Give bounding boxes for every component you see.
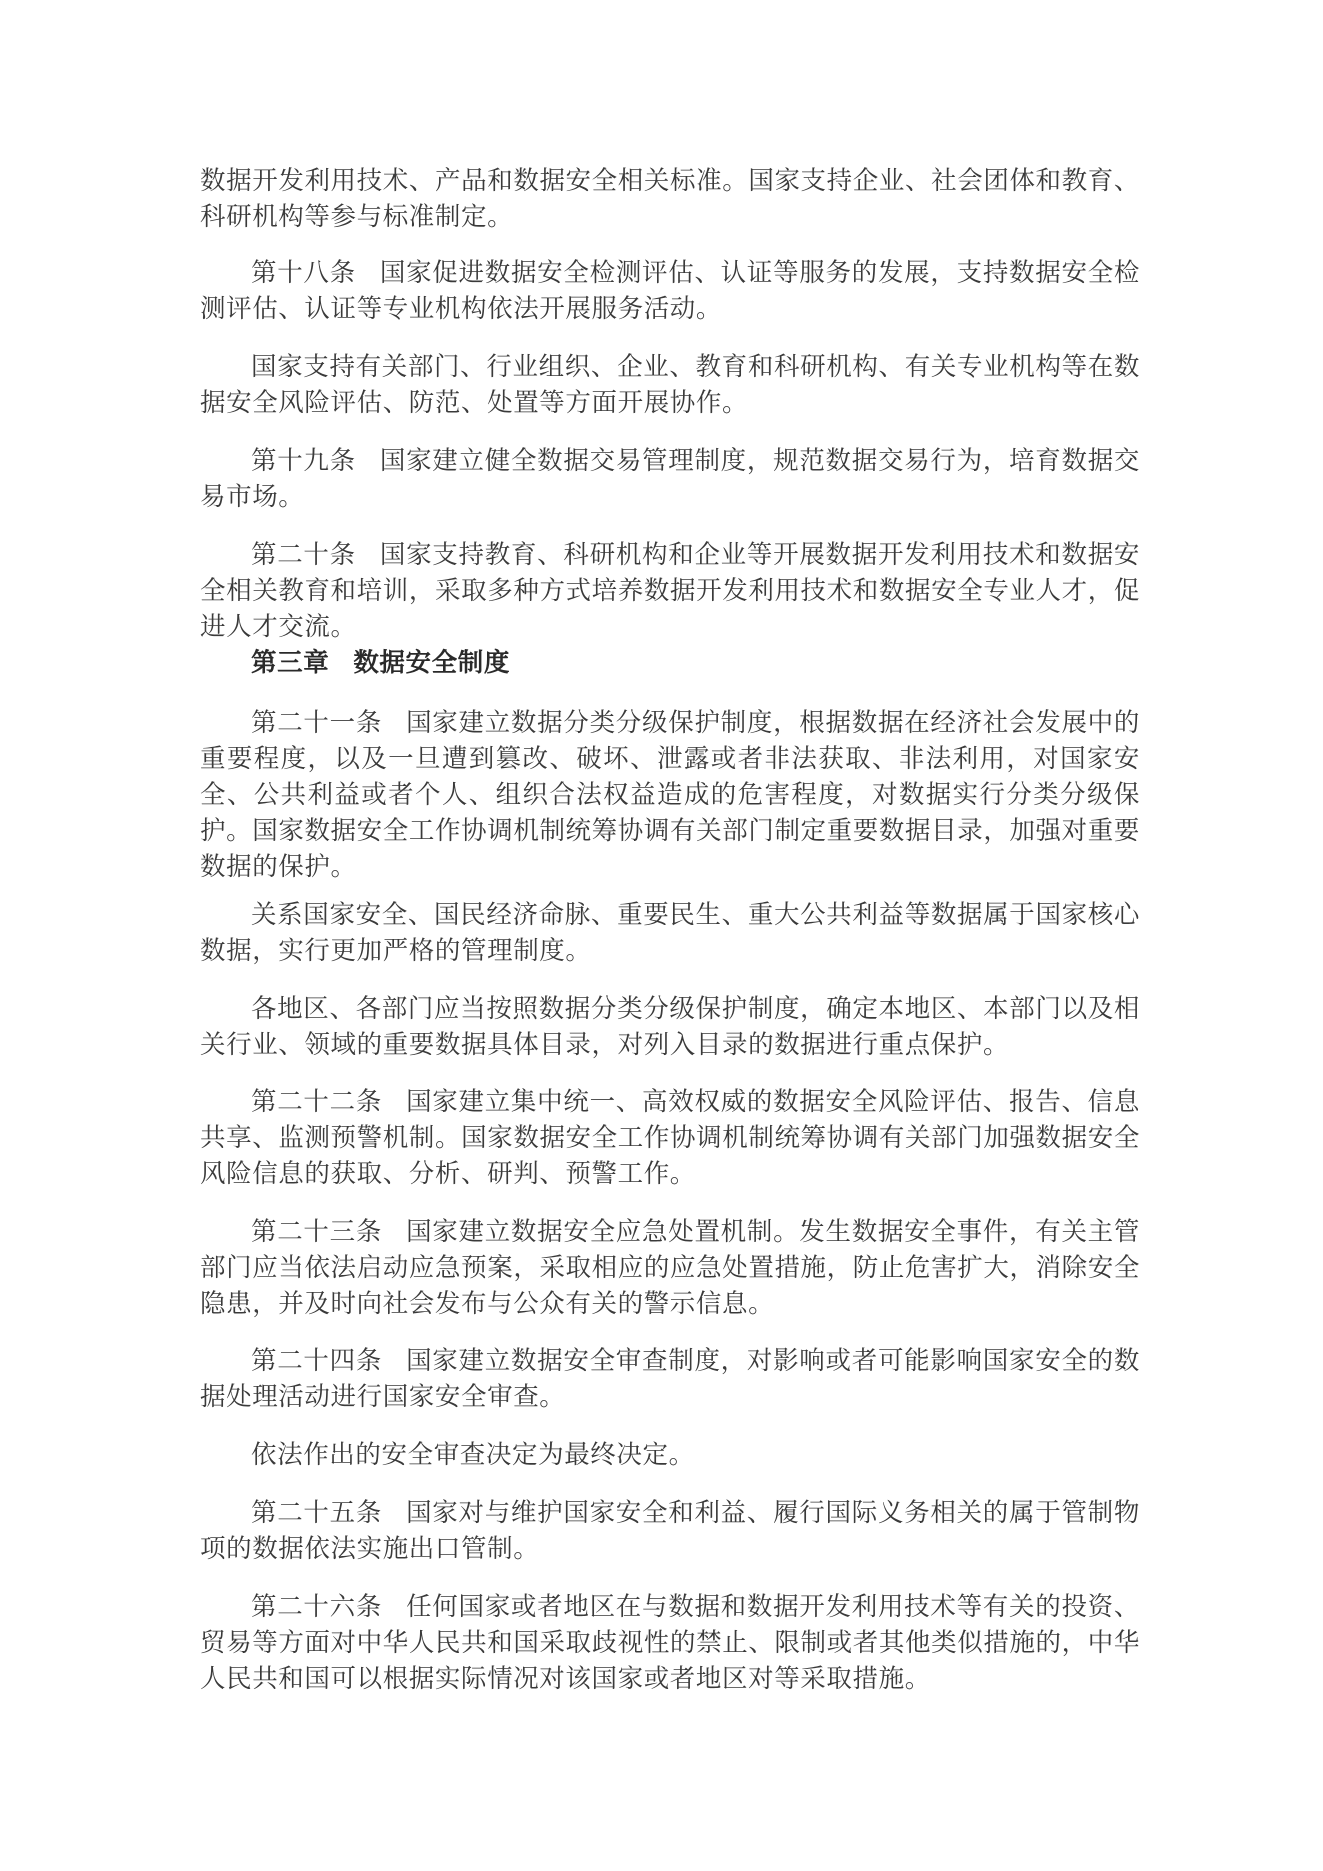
article-number: 第二十三条 [251, 1217, 382, 1247]
article-number: 第十九条 [251, 446, 356, 476]
article-number: 第二十二条 [251, 1087, 382, 1117]
chapter-title: 数据安全制度 [353, 648, 510, 678]
article-number: 第二十条 [251, 540, 356, 570]
article-20: 第二十条国家支持教育、科研机构和企业等开展数据开发利用技术和数据安全相关教育和培… [200, 537, 1140, 645]
article-19: 第十九条国家建立健全数据交易管理制度，规范数据交易行为，培育数据交易市场。 [200, 443, 1140, 515]
article-number: 第二十一条 [251, 708, 382, 738]
paragraph-text: 关系国家安全、国民经济命脉、重要民生、重大公共利益等数据属于国家核心数据，实行更… [200, 900, 1140, 966]
article-25: 第二十五条国家对与维护国家安全和利益、履行国际义务相关的属于管制物项的数据依法实… [200, 1495, 1140, 1567]
paragraph-text: 数据开发利用技术、产品和数据安全相关标准。国家支持企业、社会团体和教育、科研机构… [200, 166, 1140, 232]
paragraph-text: 各地区、各部门应当按照数据分类分级保护制度，确定本地区、本部门以及相关行业、领域… [200, 994, 1140, 1060]
article-number: 第十八条 [251, 258, 356, 288]
article-21-paragraph-2: 关系国家安全、国民经济命脉、重要民生、重大公共利益等数据属于国家核心数据，实行更… [200, 897, 1140, 969]
article-18-paragraph-2: 国家支持有关部门、行业组织、企业、教育和科研机构、有关专业机构等在数据安全风险评… [200, 349, 1140, 421]
chapter-heading: 第三章数据安全制度 [251, 645, 510, 681]
article-24-paragraph-2: 依法作出的安全审查决定为最终决定。 [200, 1437, 1140, 1473]
paragraph-text: 依法作出的安全审查决定为最终决定。 [251, 1440, 695, 1470]
article-23: 第二十三条国家建立数据安全应急处置机制。发生数据安全事件，有关主管部门应当依法启… [200, 1214, 1140, 1322]
article-26: 第二十六条任何国家或者地区在与数据和数据开发利用技术等有关的投资、贸易等方面对中… [200, 1589, 1140, 1697]
article-18: 第十八条国家促进数据安全检测评估、认证等服务的发展，支持数据安全检测评估、认证等… [200, 255, 1140, 327]
paragraph-text: 国家支持有关部门、行业组织、企业、教育和科研机构、有关专业机构等在数据安全风险评… [200, 352, 1140, 418]
paragraph-continuation: 数据开发利用技术、产品和数据安全相关标准。国家支持企业、社会团体和教育、科研机构… [200, 163, 1140, 235]
article-24: 第二十四条国家建立数据安全审查制度，对影响或者可能影响国家安全的数据处理活动进行… [200, 1343, 1140, 1415]
article-21: 第二十一条国家建立数据分类分级保护制度，根据数据在经济社会发展中的重要程度，以及… [200, 705, 1140, 885]
article-number: 第二十六条 [251, 1592, 382, 1622]
article-22: 第二十二条国家建立集中统一、高效权威的数据安全风险评估、报告、信息共享、监测预警… [200, 1084, 1140, 1192]
article-number: 第二十五条 [251, 1498, 382, 1528]
chapter-number: 第三章 [251, 648, 329, 678]
article-number: 第二十四条 [251, 1346, 382, 1376]
article-21-paragraph-3: 各地区、各部门应当按照数据分类分级保护制度，确定本地区、本部门以及相关行业、领域… [200, 991, 1140, 1063]
